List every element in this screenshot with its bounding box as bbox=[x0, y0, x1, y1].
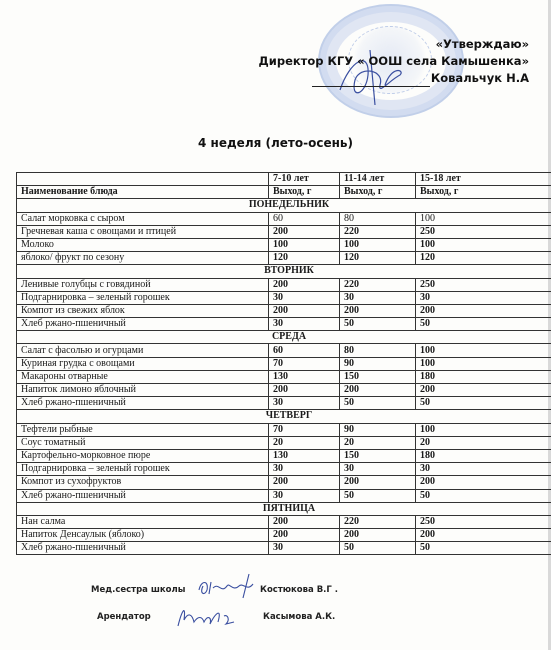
portion-7-10: 30 bbox=[269, 463, 340, 476]
table-row: Молоко100100100 bbox=[17, 238, 551, 251]
day-header-row: ВТОРНИК bbox=[17, 265, 551, 278]
approval-heading: «Утверждаю» bbox=[259, 36, 529, 53]
portion-7-10: 100 bbox=[269, 238, 340, 251]
portion-11-14: 200 bbox=[340, 529, 416, 542]
dish-name: Нан салма bbox=[17, 515, 269, 528]
tenant-signature bbox=[172, 600, 242, 630]
dish-name: Напиток лимоно яблочный bbox=[17, 384, 269, 397]
nurse-signature bbox=[195, 572, 265, 600]
portion-7-10: 30 bbox=[269, 397, 340, 410]
portion-11-14: 150 bbox=[340, 449, 416, 462]
table-row: Салат с фасолью и огурцами6080100 bbox=[17, 344, 551, 357]
portion-7-10: 200 bbox=[269, 476, 340, 489]
table-row: Напиток лимоно яблочный200200200 bbox=[17, 384, 551, 397]
day-header-row: ЧЕТВЕРГ bbox=[17, 410, 551, 423]
portion-15-18: 200 bbox=[416, 476, 551, 489]
dish-name: Тефтели рыбные bbox=[17, 423, 269, 436]
portion-11-14: 50 bbox=[340, 397, 416, 410]
day-header-row: СРЕДА bbox=[17, 331, 551, 344]
portion-11-14: 30 bbox=[340, 463, 416, 476]
dish-name: Куриная грудка с овощами bbox=[17, 357, 269, 370]
table-row: Хлеб ржано-пшеничный305050 bbox=[17, 318, 551, 331]
portion-11-14: 200 bbox=[340, 304, 416, 317]
portion-11-14: 80 bbox=[340, 212, 416, 225]
portion-15-18: 50 bbox=[416, 489, 551, 502]
portion-15-18: 100 bbox=[416, 344, 551, 357]
portion-7-10: 60 bbox=[269, 344, 340, 357]
table-row: Салат морковка с сыром6080100 bbox=[17, 212, 551, 225]
portion-15-18: 100 bbox=[416, 357, 551, 370]
portion-7-10: 130 bbox=[269, 370, 340, 383]
portion-15-18: 50 bbox=[416, 318, 551, 331]
table-row: Тефтели рыбные7090100 bbox=[17, 423, 551, 436]
day-header-row: ПОНЕДЕЛЬНИК bbox=[17, 199, 551, 212]
dish-name: Ленивые голубцы с говядиной bbox=[17, 278, 269, 291]
portion-11-14: 220 bbox=[340, 278, 416, 291]
table-row: Подгарнировка – зеленый горошек303030 bbox=[17, 463, 551, 476]
portion-7-10: 120 bbox=[269, 252, 340, 265]
portion-15-18: 200 bbox=[416, 384, 551, 397]
portion-11-14: 20 bbox=[340, 436, 416, 449]
table-row: Компот из свежих яблок200200200 bbox=[17, 304, 551, 317]
dish-name: Напиток Денсаулык (яблоко) bbox=[17, 529, 269, 542]
dish-name: Соус томатный bbox=[17, 436, 269, 449]
portion-7-10: 200 bbox=[269, 304, 340, 317]
table-row: Ленивые голубцы с говядиной200220250 bbox=[17, 278, 551, 291]
dish-name: Компот из сухофруктов bbox=[17, 476, 269, 489]
approval-block: «Утверждаю» Директор КГУ « ООШ села Камы… bbox=[259, 36, 529, 87]
portion-15-18: 250 bbox=[416, 515, 551, 528]
portion-7-10: 30 bbox=[269, 542, 340, 555]
portion-11-14: 120 bbox=[340, 252, 416, 265]
portion-15-18: 30 bbox=[416, 291, 551, 304]
portion-7-10: 200 bbox=[269, 529, 340, 542]
portion-7-10: 30 bbox=[269, 318, 340, 331]
portion-15-18: 250 bbox=[416, 278, 551, 291]
portion-7-10: 200 bbox=[269, 384, 340, 397]
portion-11-14: 30 bbox=[340, 291, 416, 304]
table-row: Хлеб ржано-пшеничный305050 bbox=[17, 489, 551, 502]
portion-11-14: 220 bbox=[340, 515, 416, 528]
portion-15-18: 250 bbox=[416, 225, 551, 238]
portion-15-18: 180 bbox=[416, 449, 551, 462]
table-row: яблоко/ фрукт по сезону120120120 bbox=[17, 252, 551, 265]
day-header: ПЯТНИЦА bbox=[17, 502, 551, 515]
table-row: Хлеб ржано-пшеничный305050 bbox=[17, 542, 551, 555]
portion-7-10: 30 bbox=[269, 489, 340, 502]
portion-11-14: 50 bbox=[340, 542, 416, 555]
dish-name: Молоко bbox=[17, 238, 269, 251]
dish-name: Хлеб ржано-пшеничный bbox=[17, 542, 269, 555]
portion-7-10: 30 bbox=[269, 291, 340, 304]
portion-15-18: 100 bbox=[416, 238, 551, 251]
dish-name: Гречневая каша с овощами и птицей bbox=[17, 225, 269, 238]
portion-15-18: 50 bbox=[416, 542, 551, 555]
column-header-age-2: 11-14 лет bbox=[340, 173, 416, 186]
portion-15-18: 180 bbox=[416, 370, 551, 383]
portion-7-10: 20 bbox=[269, 436, 340, 449]
column-header-age-1: 7-10 лет bbox=[269, 173, 340, 186]
portion-11-14: 220 bbox=[340, 225, 416, 238]
dish-name: Хлеб ржано-пшеничный bbox=[17, 318, 269, 331]
portion-7-10: 60 bbox=[269, 212, 340, 225]
portion-7-10: 70 bbox=[269, 357, 340, 370]
portion-15-18: 120 bbox=[416, 252, 551, 265]
portion-15-18: 100 bbox=[416, 212, 551, 225]
dish-name: Хлеб ржано-пшеничный bbox=[17, 397, 269, 410]
dish-name: Макароны отварные bbox=[17, 370, 269, 383]
portion-15-18: 100 bbox=[416, 423, 551, 436]
approval-position: Директор КГУ « ООШ села Камышенка» bbox=[259, 53, 529, 70]
day-header-row: ПЯТНИЦА bbox=[17, 502, 551, 515]
table-row: Подгарнировка – зеленый горошек303030 bbox=[17, 291, 551, 304]
approval-name: Ковальчук Н.А bbox=[431, 70, 529, 87]
dish-name: Подгарнировка – зеленый горошек bbox=[17, 291, 269, 304]
portion-15-18: 30 bbox=[416, 463, 551, 476]
portion-15-18: 200 bbox=[416, 304, 551, 317]
day-header: ЧЕТВЕРГ bbox=[17, 410, 551, 423]
dish-name: Компот из свежих яблок bbox=[17, 304, 269, 317]
header-row-labels: Наименование блюдаВыход, гВыход, гВыход,… bbox=[17, 186, 551, 199]
table-row: Гречневая каша с овощами и птицей2002202… bbox=[17, 225, 551, 238]
menu-table: 7-10 лет11-14 лет15-18 летНаименование б… bbox=[16, 172, 551, 555]
portion-11-14: 80 bbox=[340, 344, 416, 357]
table-row: Компот из сухофруктов200200200 bbox=[17, 476, 551, 489]
day-header: ПОНЕДЕЛЬНИК bbox=[17, 199, 551, 212]
header-row-ages: 7-10 лет11-14 лет15-18 лет bbox=[17, 173, 551, 186]
dish-name: Салат с фасолью и огурцами bbox=[17, 344, 269, 357]
column-header-age-1: Выход, г bbox=[269, 186, 340, 199]
portion-15-18: 50 bbox=[416, 397, 551, 410]
day-header: ВТОРНИК bbox=[17, 265, 551, 278]
portion-7-10: 70 bbox=[269, 423, 340, 436]
column-header-dish bbox=[17, 173, 269, 186]
column-header-age-3: Выход, г bbox=[416, 186, 551, 199]
dish-name: Подгарнировка – зеленый горошек bbox=[17, 463, 269, 476]
portion-11-14: 100 bbox=[340, 238, 416, 251]
column-header-age-2: Выход, г bbox=[340, 186, 416, 199]
nurse-role: Мед.сестра школы bbox=[91, 585, 185, 595]
signature-line bbox=[312, 74, 430, 87]
table-row: Куриная грудка с овощами7090100 bbox=[17, 357, 551, 370]
tenant-name: Касымова А.К. bbox=[263, 612, 335, 622]
portion-11-14: 150 bbox=[340, 370, 416, 383]
table-row: Соус томатный202020 bbox=[17, 436, 551, 449]
portion-11-14: 90 bbox=[340, 423, 416, 436]
column-header-dish: Наименование блюда bbox=[17, 186, 269, 199]
table-row: Хлеб ржано-пшеничный305050 bbox=[17, 397, 551, 410]
portion-11-14: 200 bbox=[340, 384, 416, 397]
portion-7-10: 200 bbox=[269, 278, 340, 291]
table-row: Напиток Денсаулык (яблоко)200200200 bbox=[17, 529, 551, 542]
dish-name: яблоко/ фрукт по сезону bbox=[17, 252, 269, 265]
portion-7-10: 130 bbox=[269, 449, 340, 462]
portion-11-14: 50 bbox=[340, 318, 416, 331]
dish-name: Хлеб ржано-пшеничный bbox=[17, 489, 269, 502]
portion-11-14: 50 bbox=[340, 489, 416, 502]
table-row: Макароны отварные130150180 bbox=[17, 370, 551, 383]
portion-15-18: 20 bbox=[416, 436, 551, 449]
nurse-name: Костюкова В.Г . bbox=[260, 585, 338, 595]
dish-name: Картофельно-морковное пюре bbox=[17, 449, 269, 462]
document-title: 4 неделя (лето-осень) bbox=[0, 136, 551, 150]
dish-name: Салат морковка с сыром bbox=[17, 212, 269, 225]
column-header-age-3: 15-18 лет bbox=[416, 173, 551, 186]
portion-7-10: 200 bbox=[269, 225, 340, 238]
table-row: Нан салма200220250 bbox=[17, 515, 551, 528]
portion-11-14: 200 bbox=[340, 476, 416, 489]
portion-11-14: 90 bbox=[340, 357, 416, 370]
table-row: Картофельно-морковное пюре130150180 bbox=[17, 449, 551, 462]
portion-7-10: 200 bbox=[269, 515, 340, 528]
tenant-role: Арендатор bbox=[97, 612, 151, 622]
portion-15-18: 200 bbox=[416, 529, 551, 542]
day-header: СРЕДА bbox=[17, 331, 551, 344]
